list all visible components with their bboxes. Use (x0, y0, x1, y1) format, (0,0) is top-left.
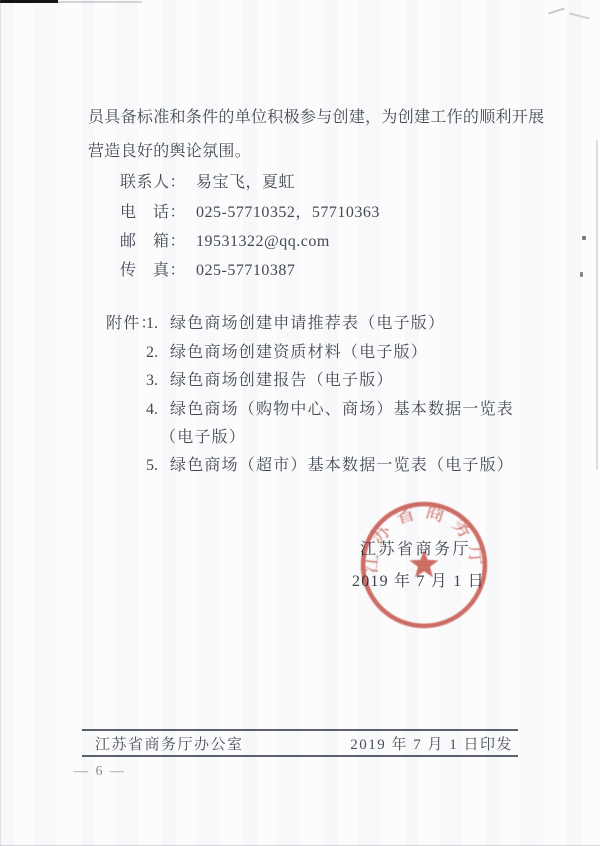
phone-value: 025-57710352，57710363 (196, 204, 380, 221)
attachment-item-text: 绿色商场创建报告（电子版） (170, 372, 394, 389)
contact-person-value: 易宝飞，夏虹 (196, 174, 295, 191)
attachment-item: 4.绿色商场（购物中心、商场）基本数据一览表 (146, 396, 514, 419)
contact-row: 邮 箱：19531322@qq.com (120, 228, 330, 251)
scan-artifact-top-right (548, 7, 565, 14)
attachment-item: 5.绿色商场（超市）基本数据一览表（电子版） (146, 452, 514, 475)
attachment-item-text: 绿色商场创建资质材料（电子版） (170, 344, 428, 361)
seal-star-icon (409, 550, 438, 578)
footer-rule-top (82, 729, 518, 731)
contact-row: 联系人：易宝飞，夏虹 (120, 169, 295, 192)
attachment-item-number: 5. (146, 457, 170, 475)
attachment-item-text: 绿色商场创建申请推荐表（电子版） (170, 315, 445, 332)
body-paragraph-line: 营造良好的舆论氛围。 (88, 138, 251, 161)
email-label: 邮 箱： (120, 233, 186, 250)
scan-artifact-left-edge (0, 0, 1, 846)
attachment-item-number: 4. (146, 401, 170, 419)
footer-office: 江苏省商务厅办公室 (95, 733, 244, 754)
attachment-item-number: 1. (146, 315, 170, 333)
contact-row: 传 真：025-57710387 (120, 257, 295, 280)
attachment-item: 3.绿色商场创建报告（电子版） (146, 367, 394, 390)
scan-artifact-top-right (569, 12, 590, 19)
attachment-item: 2.绿色商场创建资质材料（电子版） (146, 339, 428, 362)
contact-person-label: 联系人： (120, 174, 186, 191)
contact-row: 电 话：025-57710352，57710363 (120, 199, 380, 222)
phone-label: 电 话： (120, 204, 186, 221)
attachment-item: 1.绿色商场创建申请推荐表（电子版） (146, 310, 445, 333)
footer-rule-bottom (82, 755, 518, 757)
scan-artifact-right-edge (596, 140, 598, 470)
email-value: 19531322@qq.com (196, 233, 330, 250)
attachment-item-number: 3. (146, 372, 170, 390)
attachment-item-text: 绿色商场（超市）基本数据一览表（电子版） (170, 457, 514, 474)
body-paragraph-line: 员具备标准和条件的单位积极参与创建，为创建工作的顺利开展 (88, 104, 544, 127)
scan-artifact-right-dot (582, 236, 586, 240)
scan-artifact-right-dot (580, 272, 583, 277)
footer-print-date: 2019 年 7 月 1 日印发 (350, 733, 513, 754)
fax-value: 025-57710387 (196, 262, 295, 279)
scan-artifact-top-faint (58, 1, 142, 3)
scanned-document-page: 员具备标准和条件的单位积极参与创建，为创建工作的顺利开展 营造良好的舆论氛围。 … (0, 0, 600, 846)
page-number: — 6 — (74, 764, 126, 780)
attachment-item-text: 绿色商场（购物中心、商场）基本数据一览表 (170, 401, 514, 418)
scan-artifact-top-left (0, 0, 58, 3)
attachment-item-number: 2. (146, 344, 170, 362)
fax-label: 传 真： (120, 262, 186, 279)
official-seal: 江苏省商务厅 (357, 498, 491, 632)
attachment-item-wrap-text: （电子版） (160, 424, 246, 447)
